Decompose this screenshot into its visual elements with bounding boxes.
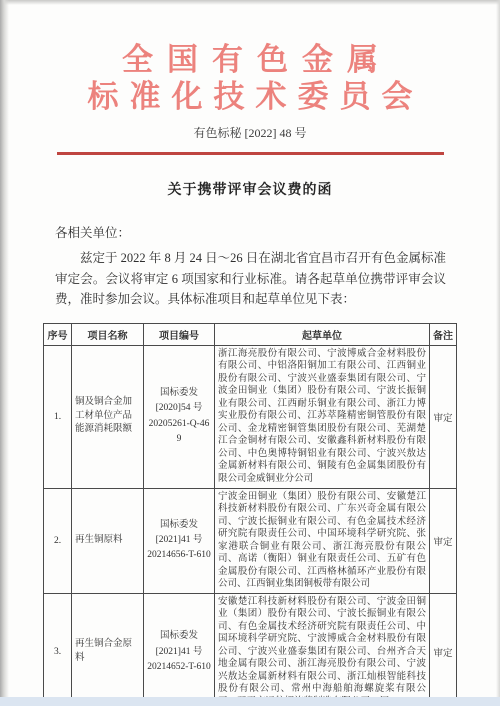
org-title-line2: 标准化技术委员会 [0, 79, 500, 116]
cell-note: 审定 [430, 593, 457, 706]
cell-note: 审定 [430, 488, 457, 593]
table-row: 1. 铜及铜合金加工材单位产品能源消耗限额 国标委发 [2020]54 号 20… [44, 345, 457, 488]
cell-project-code: 国标委发 [2020]54 号 20205261-Q-469 [144, 345, 215, 488]
org-title: 全国有色金属 标准化技术委员会 [0, 42, 500, 115]
header-drafters: 起草单位 [215, 323, 430, 345]
letter-title: 关于携带评审会议费的函 [0, 179, 500, 199]
red-divider-rule [57, 152, 444, 155]
scan-edge-right [496, 0, 500, 706]
cell-drafters: 宁波金田铜业（集团）股份有限公司、安徽楚江科技新材料股份有限公司、广东兴奇金属有… [215, 488, 430, 593]
org-title-line1: 全国有色金属 [0, 42, 500, 79]
table-row: 2. 再生铜原料 国标委发 [2021]41 号 20214656-T-610 … [44, 488, 457, 593]
document-page: 全国有色金属 标准化技术委员会 有色标秘 [2022] 48 号 关于携带评审会… [0, 0, 500, 706]
standards-table: 序号 项目名称 项目编号 起草单位 备注 1. 铜及铜合金加工材单位产品能源消耗… [43, 323, 457, 706]
cell-seq: 3. [44, 593, 72, 706]
header-seq: 序号 [44, 323, 72, 345]
cell-seq: 2. [44, 488, 72, 593]
cell-seq: 1. [44, 345, 72, 488]
cell-project-name: 再生铜原料 [72, 488, 144, 593]
scan-edge-bottom [0, 697, 500, 706]
header-project-code: 项目编号 [144, 323, 215, 345]
cell-project-name: 铜及铜合金加工材单位产品能源消耗限额 [72, 345, 144, 488]
cell-drafters: 安徽楚江科技新材料股份有限公司、宁波金田铜业（集团）股份有限公司、宁波长振铜业有… [215, 593, 430, 706]
header-project-name: 项目名称 [72, 323, 144, 345]
cell-drafters: 浙江海亮股份有限公司、宁波博威合金材料股份有限公司、中铝洛阳铜加工有限公司、江西… [215, 345, 430, 488]
salutation: 各相关单位： [55, 223, 445, 241]
scan-edge-top [0, 0, 500, 5]
cell-project-name: 再生铜合金原料 [72, 593, 144, 706]
table-row: 3. 再生铜合金原料 国标委发 [2021]41 号 20214652-T-61… [44, 593, 457, 706]
letter-body: 兹定于 2022 年 8 月 24 日～26 日在湖北省宜昌市召开有色金属标准审… [55, 248, 446, 310]
cell-project-code: 国标委发 [2021]41 号 20214656-T-610 [144, 488, 215, 593]
table-header-row: 序号 项目名称 项目编号 起草单位 备注 [44, 323, 457, 345]
doc-number: 有色标秘 [2022] 48 号 [0, 124, 500, 141]
header-note: 备注 [430, 323, 457, 345]
cell-note: 审定 [430, 345, 457, 488]
scan-edge-left [0, 0, 9, 706]
cell-project-code: 国标委发 [2021]41 号 20214652-T-610 [144, 593, 215, 706]
